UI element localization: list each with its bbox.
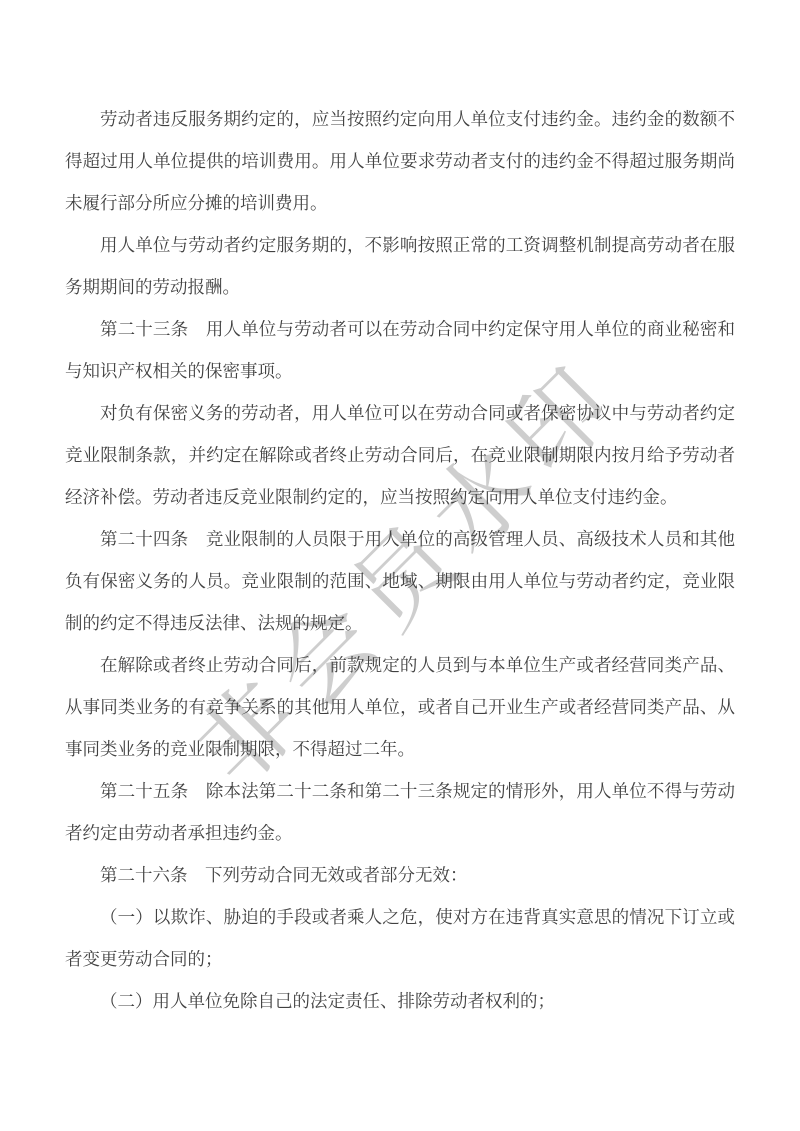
document-body: 劳动者违反服务期约定的，应当按照约定向用人单位支付违约金。违约金的数额不得超过用… (65, 98, 735, 1022)
paragraph: 在解除或者终止劳动合同后，前款规定的人员到与本单位生产或者经营同类产品、从事同类… (65, 644, 735, 770)
document-page: 非会员水印 劳动者违反服务期约定的，应当按照约定向用人单位支付违约金。违约金的数… (0, 0, 800, 1131)
paragraph: （二）用人单位免除自己的法定责任、排除劳动者权利的； (65, 980, 735, 1022)
paragraph: 第二十六条 下列劳动合同无效或者部分无效： (65, 854, 735, 896)
paragraph: （一）以欺诈、胁迫的手段或者乘人之危，使对方在违背真实意思的情况下订立或者变更劳… (65, 896, 735, 980)
paragraph: 劳动者违反服务期约定的，应当按照约定向用人单位支付违约金。违约金的数额不得超过用… (65, 98, 735, 224)
paragraph: 用人单位与劳动者约定服务期的，不影响按照正常的工资调整机制提高劳动者在服务期期间… (65, 224, 735, 308)
paragraph: 第二十五条 除本法第二十二条和第二十三条规定的情形外，用人单位不得与劳动者约定由… (65, 770, 735, 854)
paragraph: 对负有保密义务的劳动者，用人单位可以在劳动合同或者保密协议中与劳动者约定竞业限制… (65, 392, 735, 518)
paragraph: 第二十三条 用人单位与劳动者可以在劳动合同中约定保守用人单位的商业秘密和与知识产… (65, 308, 735, 392)
paragraph: 第二十四条 竞业限制的人员限于用人单位的高级管理人员、高级技术人员和其他负有保密… (65, 518, 735, 644)
